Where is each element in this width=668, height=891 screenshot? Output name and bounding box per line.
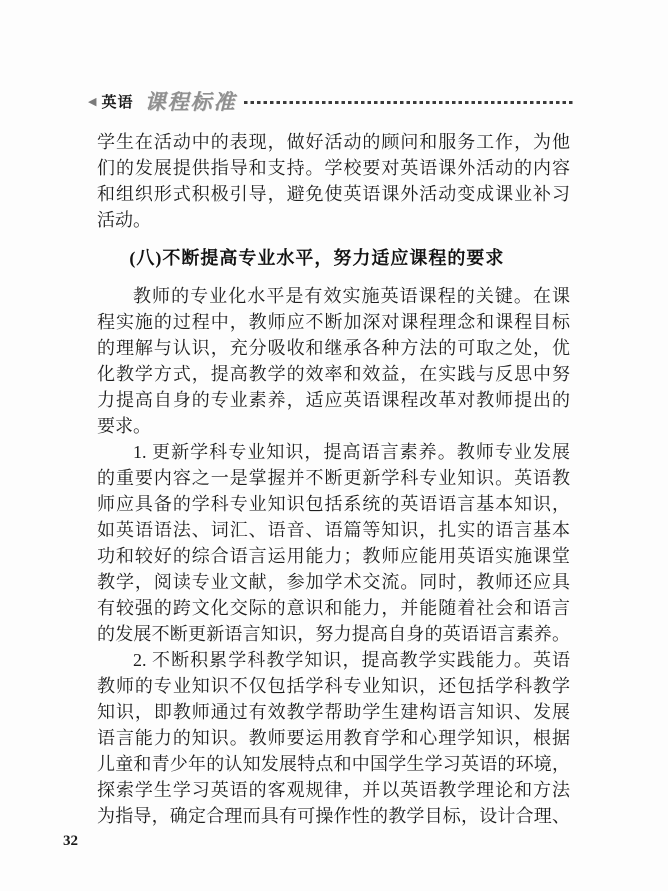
section-heading: (八)不断提高专业水平，努力适应课程的要求 (97, 245, 570, 271)
text-line: 2. 不断积累学科教学知识，提高教学实践能力。英语 (97, 647, 570, 673)
text-line: 为指导，确定合理而具有可操作性的教学目标，设计合理、 (97, 803, 570, 829)
header-series-label: 课程标准 (144, 86, 236, 116)
text-line: 教学，阅读专业文献，参加学术交流。同时，教师还应具 (97, 569, 570, 595)
text-line: 功和较好的综合语言运用能力；教师应能用英语实施课堂 (97, 543, 570, 569)
paragraph: 教师的专业化水平是有效实施英语课程的关键。在课程实施的过程中，教师应不断加深对课… (97, 283, 570, 439)
paragraph: 1. 更新学科专业知识，提高语言素养。教师专业发展的重要内容之一是掌握并不断更新… (97, 439, 570, 647)
left-triangle-icon: ◀ (88, 96, 96, 107)
text-line: 的重要内容之一是掌握并不断更新学科专业知识。英语教 (97, 465, 570, 491)
text-line: 要求。 (97, 413, 570, 439)
text-line: 如英语语法、词汇、语音、语篇等知识，扎实的语言基本 (97, 517, 570, 543)
text-line: 探索学生学习英语的客观规律，并以英语教学理论和方法 (97, 777, 570, 803)
text-line: 学生在活动中的表现，做好活动的顾问和服务工作，为他 (97, 129, 570, 155)
text-line: 力提高自身的专业素养，适应英语课程改革对教师提出的 (97, 387, 570, 413)
book-page: ◀ 英语 课程标准 学生在活动中的表现，做好活动的顾问和服务工作，为他们的发展提… (0, 0, 668, 891)
running-head: ◀ 英语 课程标准 (88, 88, 574, 114)
text-line: 的理解与认识，充分吸收和继承各种方法的可取之处，优 (97, 335, 570, 361)
text-line: 儿童和青少年的认知发展特点和中国学生学习英语的环境， (97, 751, 570, 777)
text-line: 1. 更新学科专业知识，提高语言素养。教师专业发展 (97, 439, 570, 465)
text-line: 活动。 (97, 207, 570, 233)
dotted-rule (244, 101, 574, 104)
text-line: 语言能力的知识。教师要运用教育学和心理学知识，根据 (97, 725, 570, 751)
header-book-label: 英语 (101, 91, 133, 112)
page-number: 32 (63, 833, 78, 850)
text-line: 程实施的过程中，教师应不断加深对课程理念和课程目标 (97, 309, 570, 335)
text-line: 和组织形式积极引导，避免使英语课外活动变成课业补习 (97, 181, 570, 207)
text-line: 有较强的跨文化交际的意识和能力，并能随着社会和语言 (97, 595, 570, 621)
text-line: (八)不断提高专业水平，努力适应课程的要求 (97, 245, 570, 271)
text-line: 教师的专业知识不仅包括学科专业知识，还包括学科教学 (97, 673, 570, 699)
text-line: 的发展不断更新语言知识，努力提高自身的英语语言素养。 (97, 621, 570, 647)
text-line: 知识，即教师通过有效教学帮助学生建构语言知识、发展 (97, 699, 570, 725)
text-line: 师应具备的学科专业知识包括系统的英语语言基本知识， (97, 491, 570, 517)
text-line: 教师的专业化水平是有效实施英语课程的关键。在课 (97, 283, 570, 309)
paragraph: 学生在活动中的表现，做好活动的顾问和服务工作，为他们的发展提供指导和支持。学校要… (97, 129, 570, 233)
text-line: 们的发展提供指导和支持。学校要对英语课外活动的内容 (97, 155, 570, 181)
page-body: 学生在活动中的表现，做好活动的顾问和服务工作，为他们的发展提供指导和支持。学校要… (97, 129, 570, 829)
paragraph: 2. 不断积累学科教学知识，提高教学实践能力。英语教师的专业知识不仅包括学科专业… (97, 647, 570, 829)
text-line: 化教学方式，提高教学的效率和效益，在实践与反思中努 (97, 361, 570, 387)
